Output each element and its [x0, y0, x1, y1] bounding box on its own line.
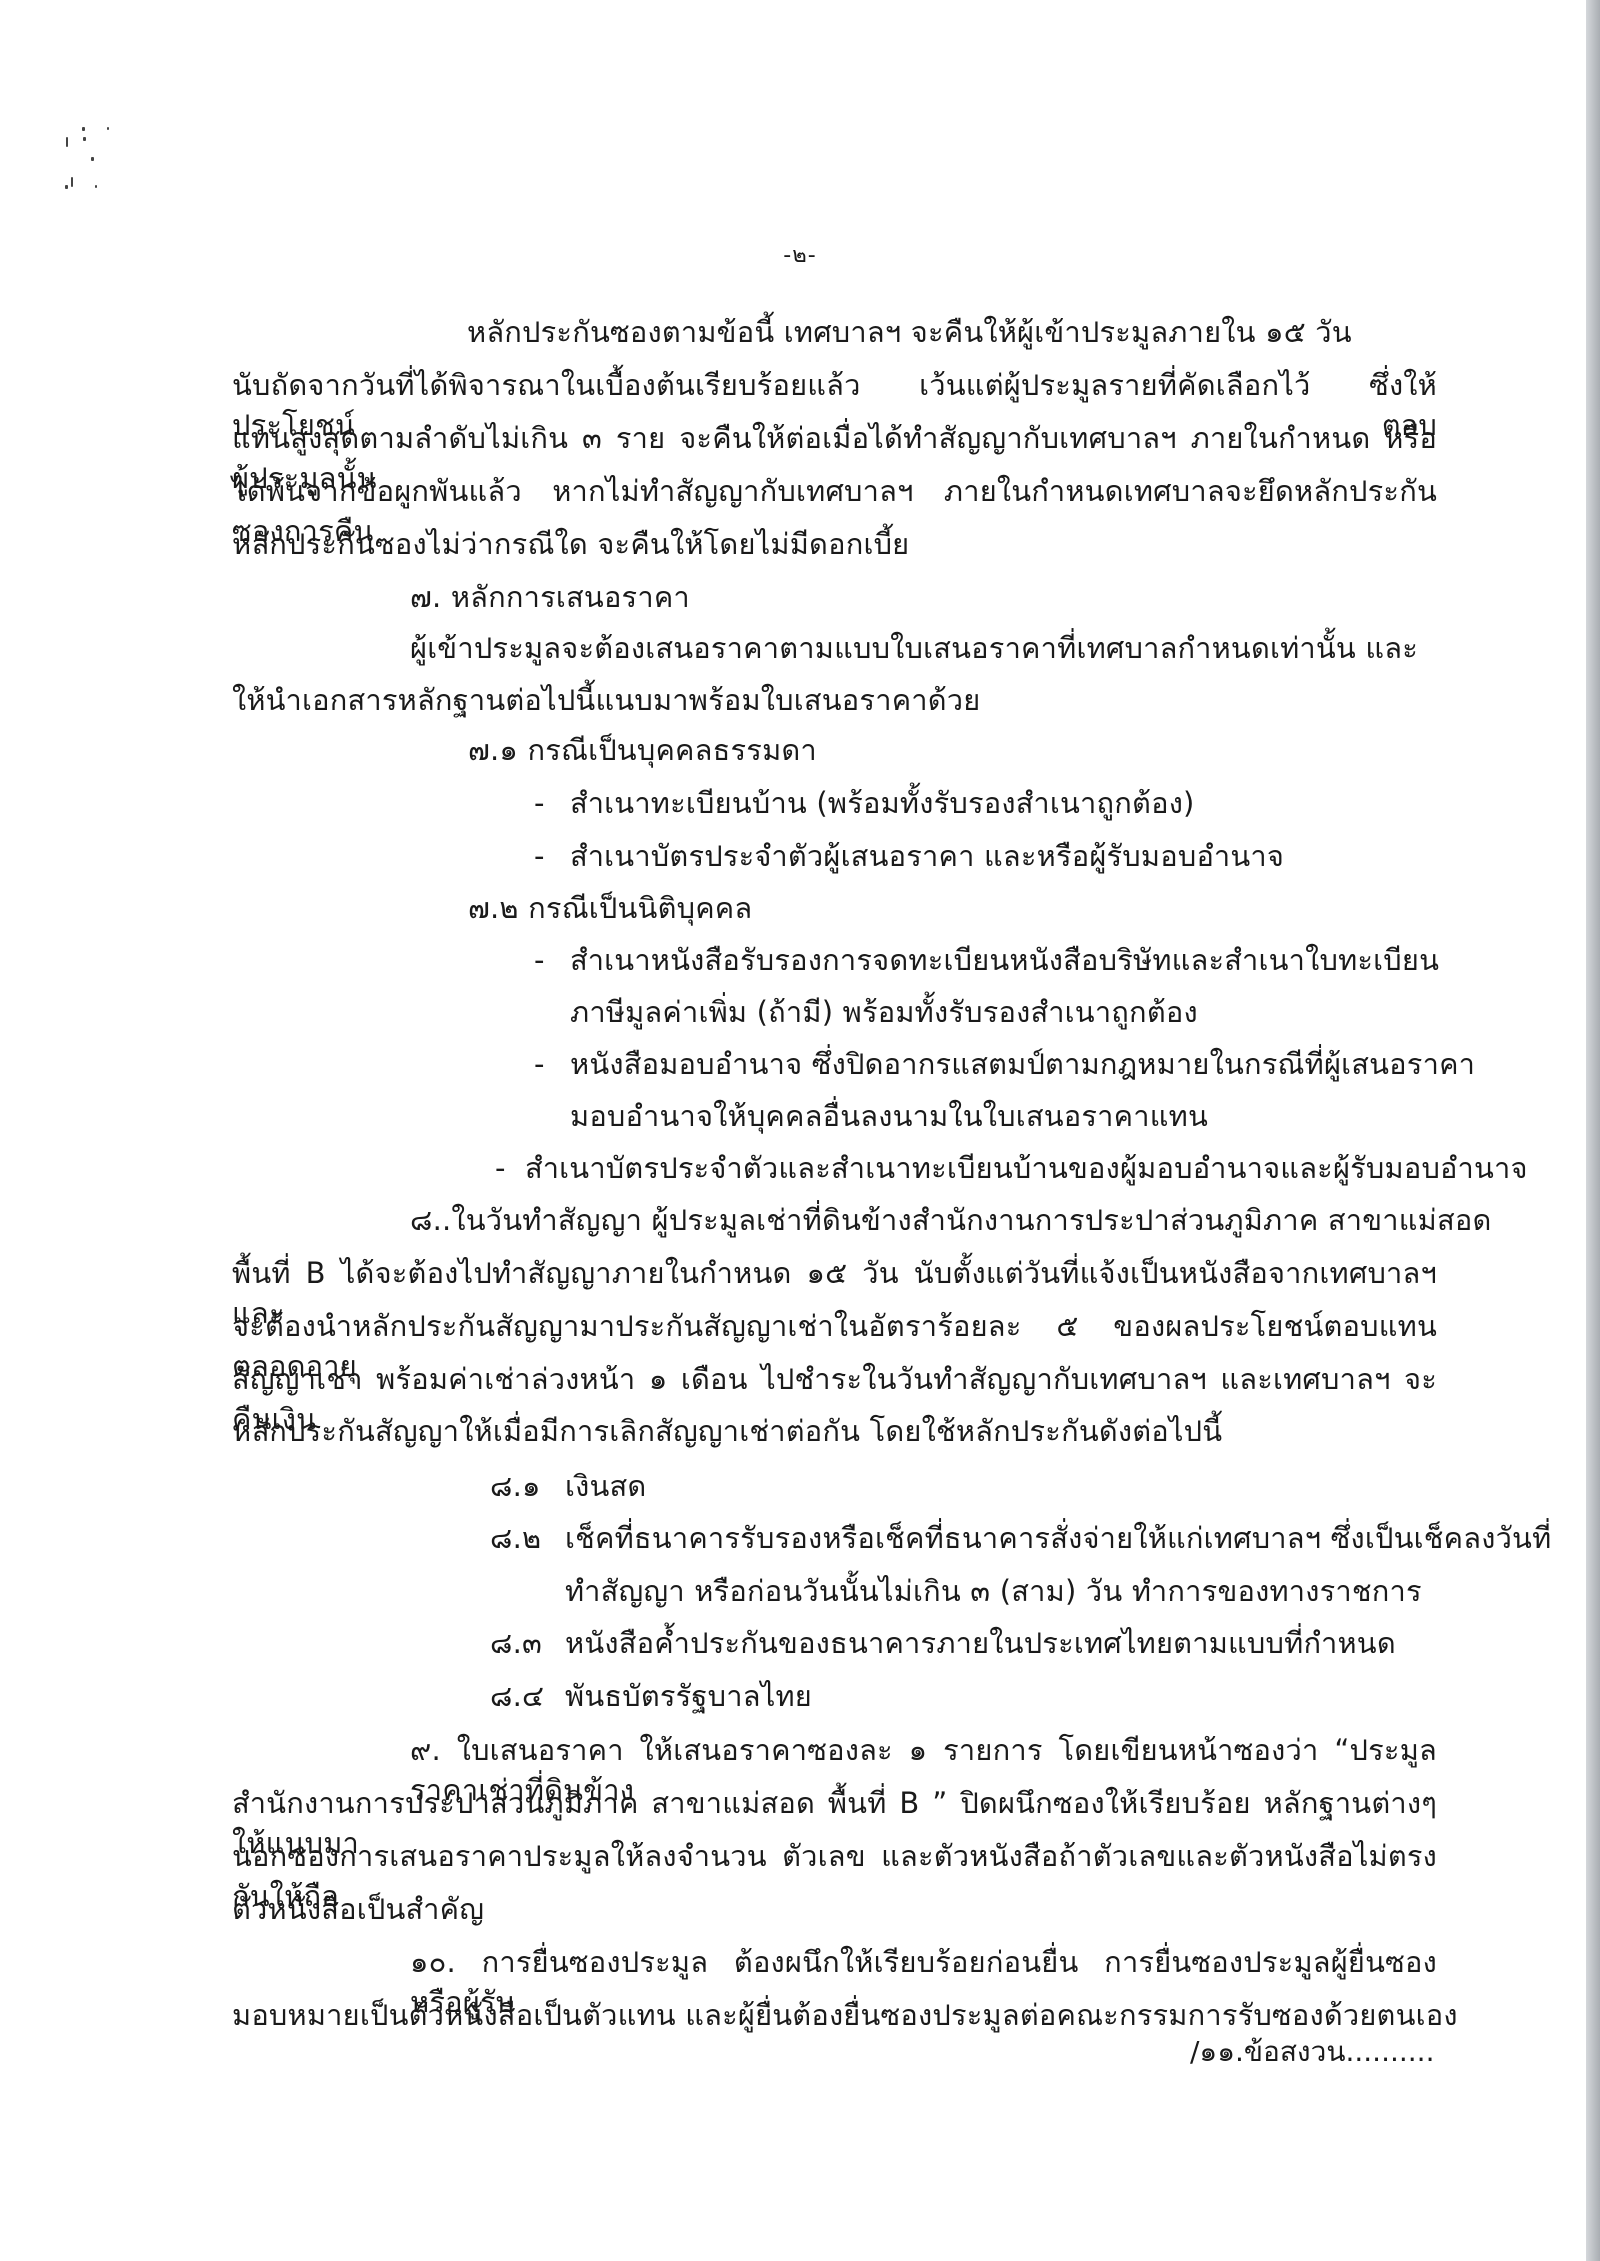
list-item-continuation: ภาษีมูลค่าเพิ่ม (ถ้ามี) พร้อมทั้งรับรองส…	[570, 992, 1198, 1032]
paragraph-line: หลักประกันสัญญาให้เมื่อมีการเลิกสัญญาเช่…	[232, 1411, 1222, 1451]
list-bullet: -	[495, 1148, 506, 1188]
paragraph-line: มอบหมายเป็นตัวหนังสือเป็นตัวแทน และผู้ยื…	[232, 1995, 1458, 2035]
list-item: เช็คที่ธนาคารรับรองหรือเช็คที่ธนาคารสั่ง…	[565, 1518, 1551, 1558]
list-item: หนังสือค้ำประกันของธนาคารภายในประเทศไทยต…	[565, 1623, 1396, 1663]
item-number: ๘.๒	[490, 1518, 541, 1558]
paragraph-line: หลักประกันซองตามข้อนี้ เทศบาลฯ จะคืนให้ผ…	[467, 312, 1437, 352]
list-item: สำเนาบัตรประจำตัวผู้เสนอราคา และหรือผู้ร…	[570, 836, 1284, 876]
paragraph-line: ผู้เข้าประมูลจะต้องเสนอราคาตามแบบใบเสนอร…	[410, 628, 1437, 668]
item-number: ๘.๓	[490, 1623, 542, 1663]
subsection-heading: ๗.๑ กรณีเป็นบุคคลธรรมดา	[468, 730, 817, 770]
list-bullet: -	[534, 1044, 545, 1084]
list-item-continuation: ทำสัญญา หรือก่อนวันนั้นไม่เกิน ๓ (สาม) ว…	[565, 1571, 1422, 1611]
continuation-marker: /๑๑.ข้อสงวน..........	[1190, 2030, 1434, 2074]
item-number: ๘.๑	[490, 1466, 541, 1506]
page-number: -๒-	[0, 237, 1600, 272]
paragraph-line: ๘..ในวันทำสัญญา ผู้ประมูลเช่าที่ดินข้างส…	[410, 1200, 1437, 1240]
item-number: ๘.๔	[490, 1676, 544, 1716]
list-item: สำเนาทะเบียนบ้าน (พร้อมทั้งรับรองสำเนาถู…	[570, 783, 1195, 823]
list-bullet: -	[534, 836, 545, 876]
list-bullet: -	[534, 783, 545, 823]
list-item: หนังสือมอบอำนาจ ซึ่งปิดอากรแสตมป์ตามกฎหม…	[570, 1044, 1475, 1084]
list-bullet: -	[534, 940, 545, 980]
scan-edge-shadow	[1586, 0, 1600, 2261]
subsection-heading: ๗.๒ กรณีเป็นนิติบุคคล	[468, 888, 752, 928]
section-heading: ๗. หลักการเสนอราคา	[410, 577, 690, 617]
list-item: สำเนาบัตรประจำตัวและสำเนาทะเบียนบ้านของผ…	[525, 1148, 1528, 1188]
paragraph-line: ตัวหนังสือเป็นสำคัญ	[232, 1889, 484, 1929]
list-item-continuation: มอบอำนาจให้บุคคลอื่นลงนามในใบเสนอราคาแทน	[570, 1096, 1208, 1136]
list-item: เงินสด	[565, 1466, 646, 1506]
list-item: สำเนาหนังสือรับรองการจดทะเบียนหนังสือบริ…	[570, 940, 1439, 980]
paragraph-line: หลักประกันซองไม่ว่ากรณีใด จะคืนให้โดยไม่…	[232, 524, 909, 564]
scan-specks	[60, 125, 180, 205]
paragraph-line: ให้นำเอกสารหลักฐานต่อไปนี้แนบมาพร้อมใบเส…	[232, 680, 980, 720]
list-item: พันธบัตรรัฐบาลไทย	[565, 1676, 812, 1716]
